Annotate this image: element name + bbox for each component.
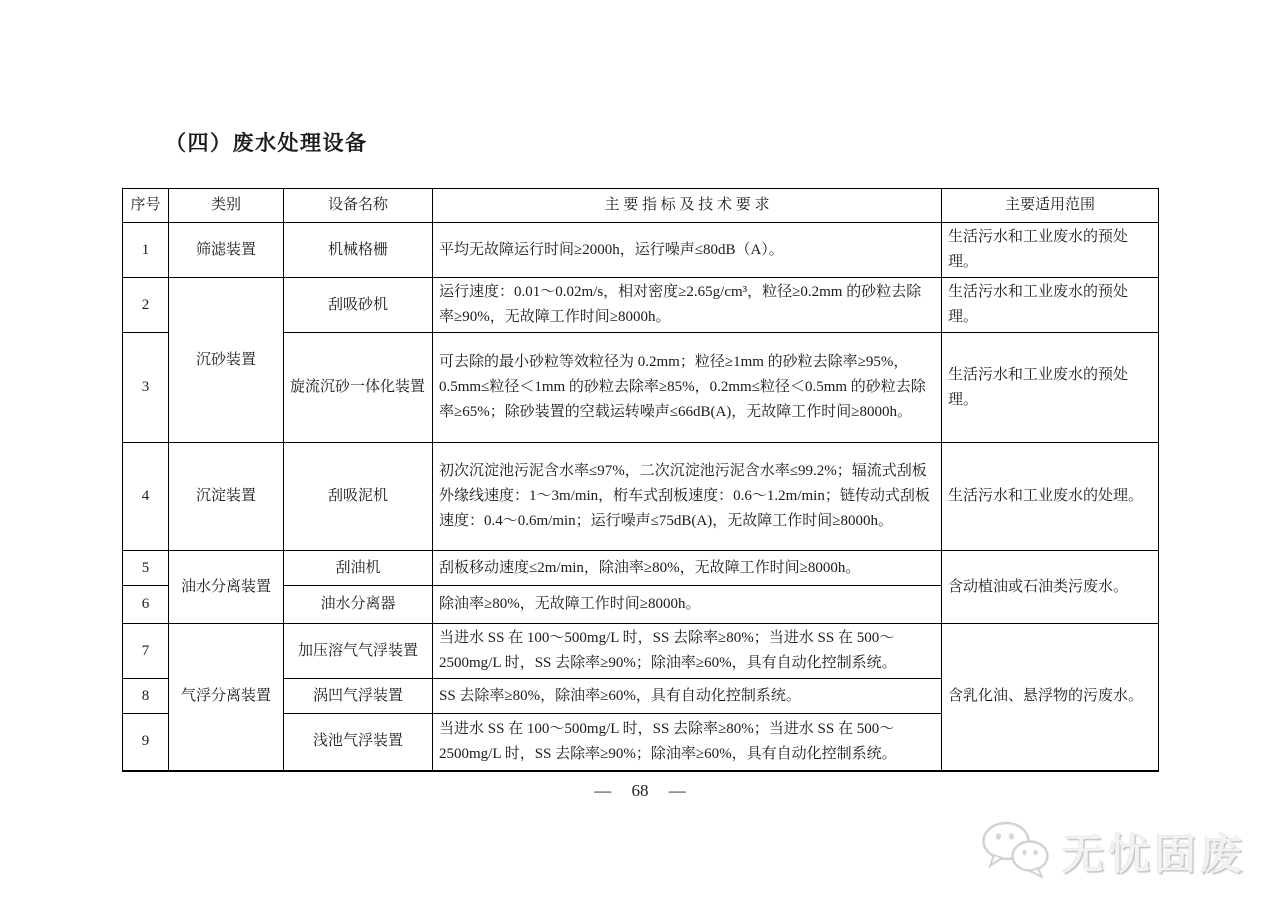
cell-equipment: 涡凹气浮装置 xyxy=(284,679,433,714)
wechat-icon xyxy=(980,820,1052,883)
cell-equipment: 刮油机 xyxy=(284,551,433,586)
page-number: — 68 — xyxy=(0,781,1280,801)
cell-indicators: 刮板移动速度≤2m/min，除油率≥80%，无故障工作时间≥8000h。 xyxy=(433,551,942,586)
cell-scope: 含乳化油、悬浮物的污废水。 xyxy=(942,624,1159,771)
header-equipment: 设备名称 xyxy=(284,189,433,223)
cell-equipment: 刮吸砂机 xyxy=(284,278,433,333)
watermark-text: 无忧固废 xyxy=(1062,822,1246,882)
cell-category: 筛滤装置 xyxy=(169,223,284,278)
table-header-row: 序号 类别 设备名称 主 要 指 标 及 技 术 要 求 主要适用范围 xyxy=(123,189,1159,223)
header-no: 序号 xyxy=(123,189,169,223)
cell-scope: 生活污水和工业废水的处理。 xyxy=(942,443,1159,551)
cell-indicators: 除油率≥80%，无故障工作时间≥8000h。 xyxy=(433,586,942,624)
cell-equipment: 浅池气浮装置 xyxy=(284,714,433,771)
cell-no: 1 xyxy=(123,223,169,278)
document-page: （四）废水处理设备 序号 类别 设备名称 主 要 指 标 及 技 术 要 求 主… xyxy=(0,0,1280,904)
cell-no: 5 xyxy=(123,551,169,586)
cell-category: 气浮分离装置 xyxy=(169,624,284,771)
cell-no: 9 xyxy=(123,714,169,771)
cell-equipment: 油水分离器 xyxy=(284,586,433,624)
header-category: 类别 xyxy=(169,189,284,223)
table-row: 2 沉砂装置 刮吸砂机 运行速度：0.01～0.02m/s，相对密度≥2.65g… xyxy=(123,278,1159,333)
cell-indicators: 当进水 SS 在 100～500mg/L 时，SS 去除率≥80%；当进水 SS… xyxy=(433,624,942,679)
cell-indicators: 初次沉淀池污泥含水率≤97%，二次沉淀池污泥含水率≤99.2%；辐流式刮板外缘线… xyxy=(433,443,942,551)
cell-category: 沉淀装置 xyxy=(169,443,284,551)
cell-scope: 生活污水和工业废水的预处理。 xyxy=(942,223,1159,278)
cell-no: 2 xyxy=(123,278,169,333)
cell-equipment: 机械格栅 xyxy=(284,223,433,278)
cell-indicators: SS 去除率≥80%，除油率≥60%，具有自动化控制系统。 xyxy=(433,679,942,714)
table-row: 4 沉淀装置 刮吸泥机 初次沉淀池污泥含水率≤97%，二次沉淀池污泥含水率≤99… xyxy=(123,443,1159,551)
cell-no: 7 xyxy=(123,624,169,679)
cell-indicators: 当进水 SS 在 100～500mg/L 时，SS 去除率≥80%；当进水 SS… xyxy=(433,714,942,771)
watermark: 无忧固废 xyxy=(980,820,1246,883)
wastewater-equipment-table: 序号 类别 设备名称 主 要 指 标 及 技 术 要 求 主要适用范围 1 筛滤… xyxy=(122,188,1159,772)
table-row: 7 气浮分离装置 加压溶气气浮装置 当进水 SS 在 100～500mg/L 时… xyxy=(123,624,1159,679)
cell-no: 8 xyxy=(123,679,169,714)
cell-indicators: 平均无故障运行时间≥2000h，运行噪声≤80dB（A）。 xyxy=(433,223,942,278)
cell-indicators: 可去除的最小砂粒等效粒径为 0.2mm；粒径≥1mm 的砂粒去除率≥95%，0.… xyxy=(433,333,942,443)
cell-equipment: 加压溶气气浮装置 xyxy=(284,624,433,679)
cell-equipment: 刮吸泥机 xyxy=(284,443,433,551)
table-row: 5 油水分离装置 刮油机 刮板移动速度≤2m/min，除油率≥80%，无故障工作… xyxy=(123,551,1159,586)
header-indicators: 主 要 指 标 及 技 术 要 求 xyxy=(433,189,942,223)
cell-no: 4 xyxy=(123,443,169,551)
cell-category: 油水分离装置 xyxy=(169,551,284,624)
cell-scope: 含动植油或石油类污废水。 xyxy=(942,551,1159,624)
header-scope: 主要适用范围 xyxy=(942,189,1159,223)
cell-indicators: 运行速度：0.01～0.02m/s，相对密度≥2.65g/cm³，粒径≥0.2m… xyxy=(433,278,942,333)
cell-equipment: 旋流沉砂一体化装置 xyxy=(284,333,433,443)
cell-no: 6 xyxy=(123,586,169,624)
cell-category: 沉砂装置 xyxy=(169,278,284,443)
cell-scope: 生活污水和工业废水的预处理。 xyxy=(942,278,1159,333)
cell-scope: 生活污水和工业废水的预处理。 xyxy=(942,333,1159,443)
cell-no: 3 xyxy=(123,333,169,443)
page-title: （四）废水处理设备 xyxy=(165,127,368,157)
table-row: 1 筛滤装置 机械格栅 平均无故障运行时间≥2000h，运行噪声≤80dB（A）… xyxy=(123,223,1159,278)
